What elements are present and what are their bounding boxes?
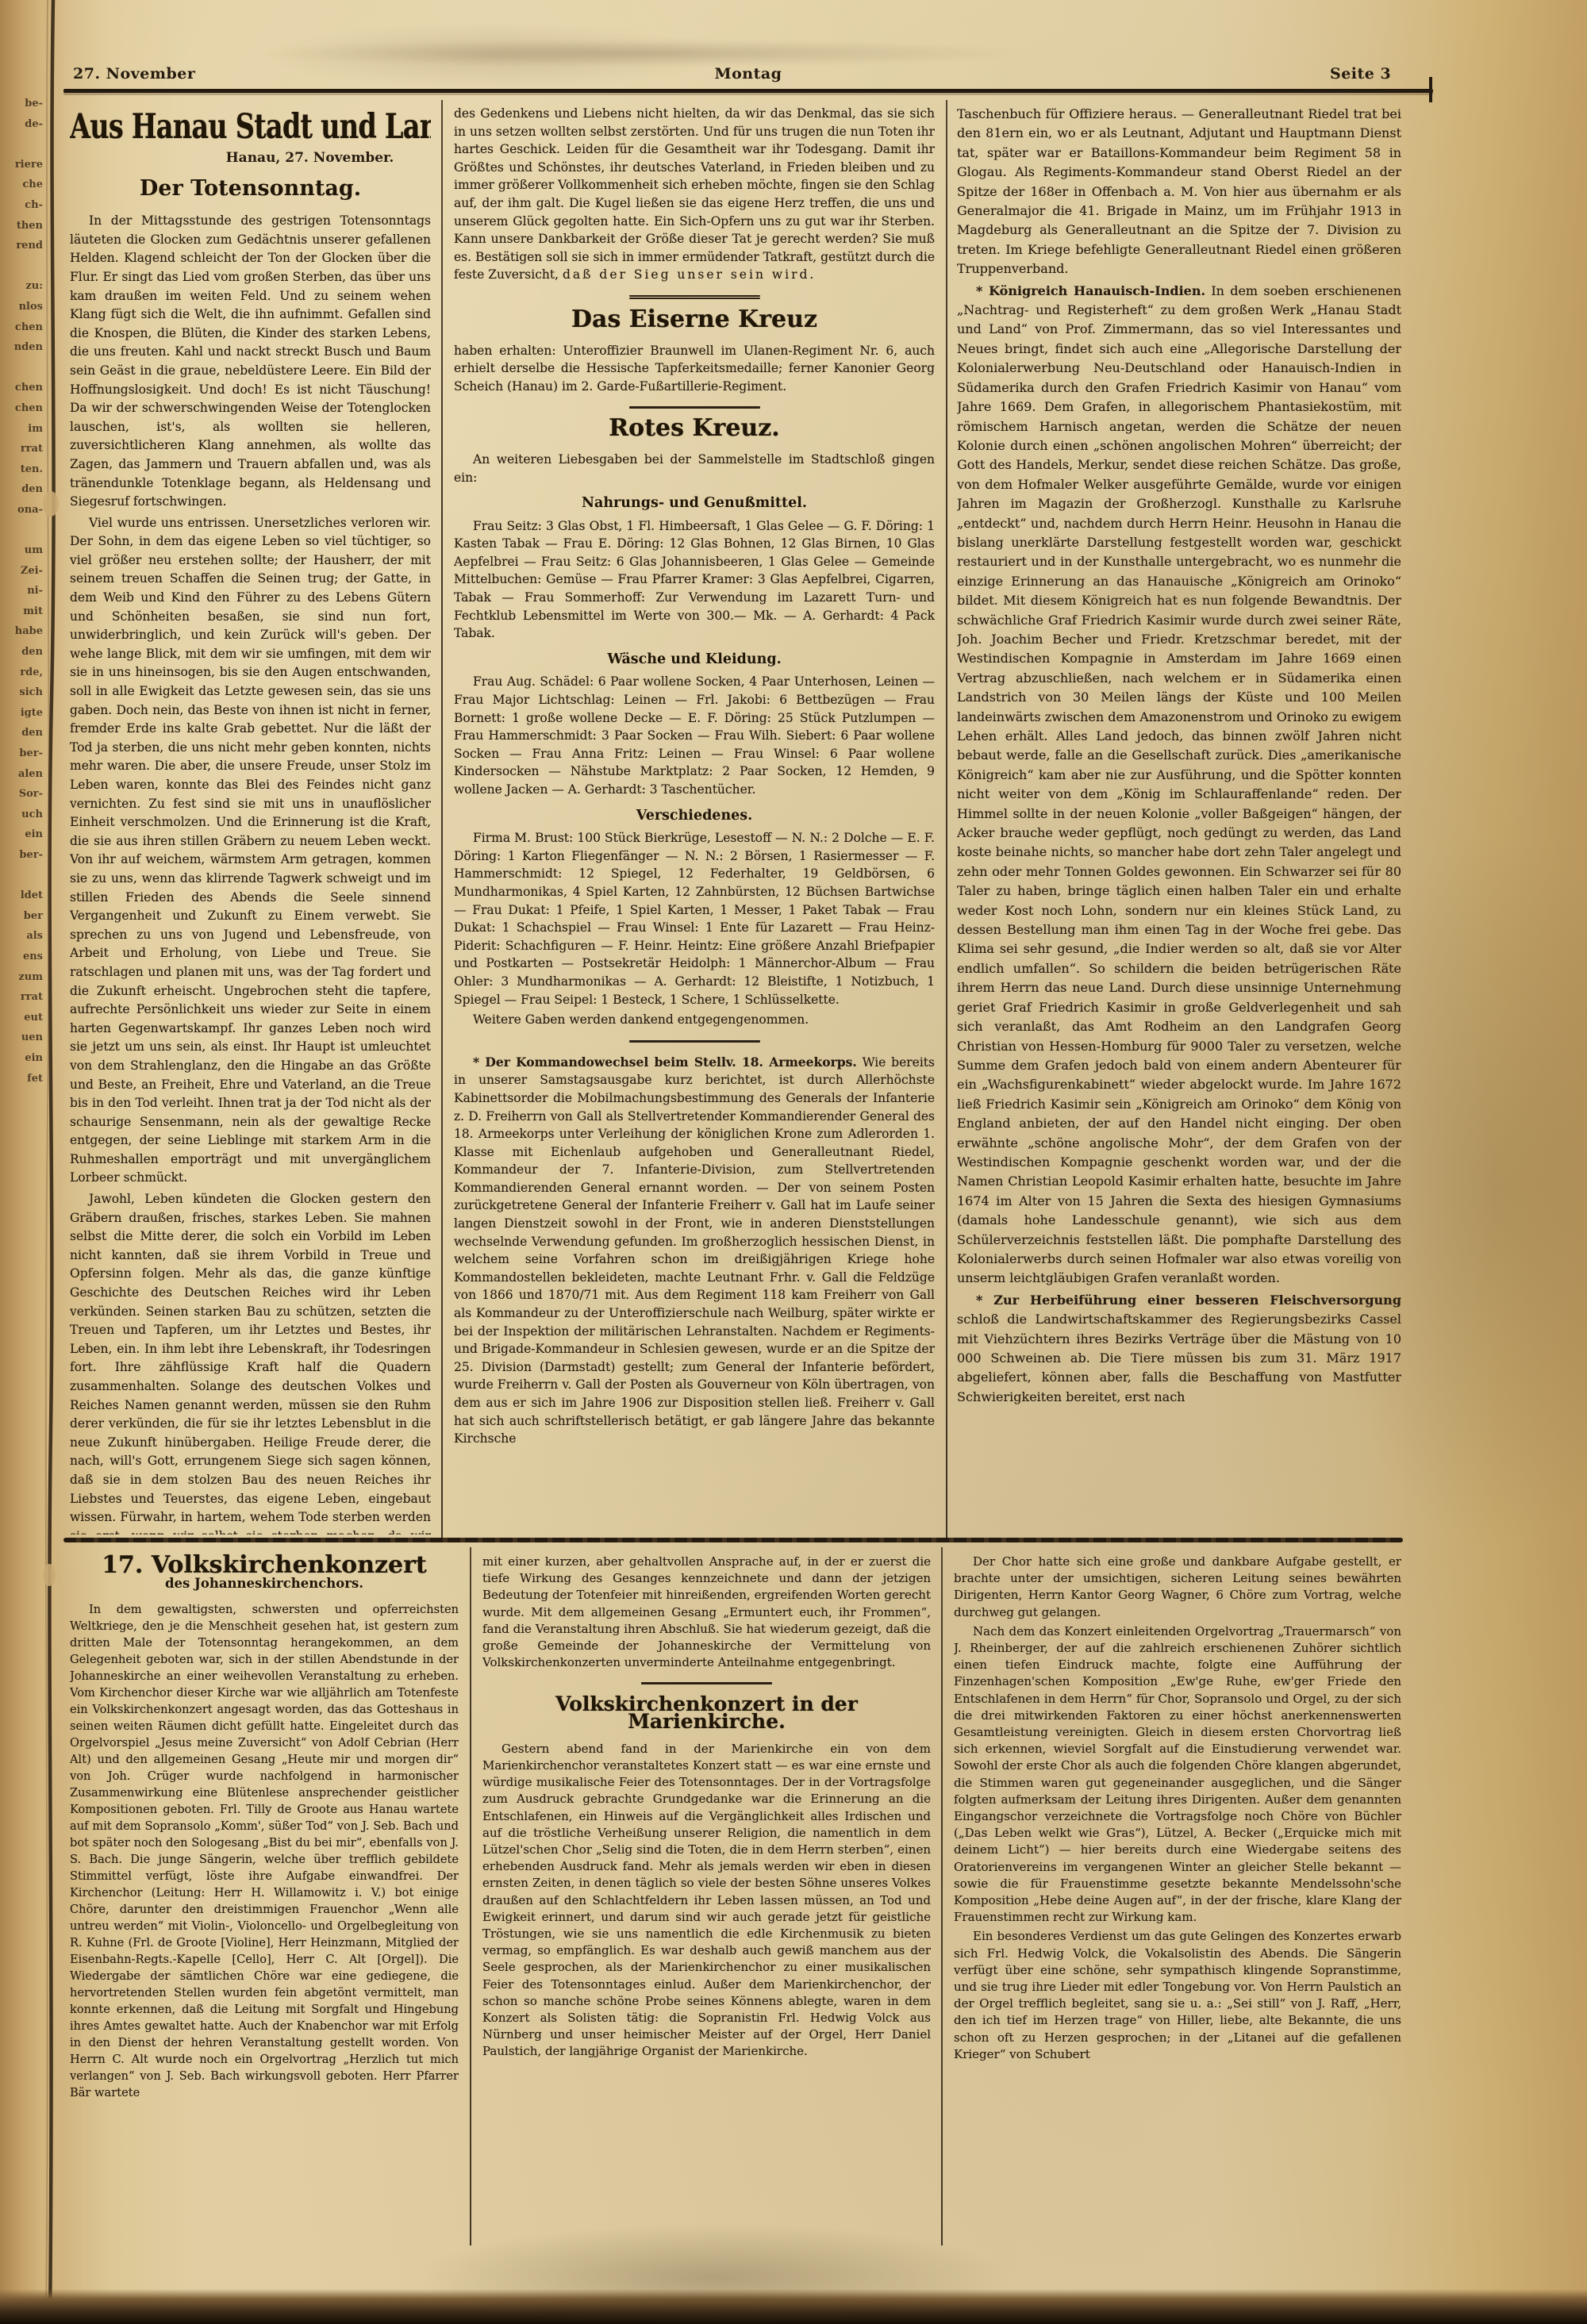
page-gutter: be- de- riere che ch- then rend zu: nlos… — [0, 0, 68, 2324]
adjacent-page-text-fragments: be- de- riere che ch- then rend zu: nlos… — [0, 94, 43, 1089]
bottom-column-1: 17. Volkskirchenkonzert des Johanneskirc… — [70, 1554, 459, 2241]
column-rule — [470, 1547, 471, 2245]
dateline: Hanau, 27. November. — [70, 149, 431, 168]
article-paragraph: Ein besonderes Verdienst um das gute Gel… — [954, 1928, 1401, 2063]
article-divider-rule — [629, 295, 760, 297]
paragraph-text: Wie bereits in unserer Samstagsausgabe k… — [454, 1055, 935, 1446]
article-paragraph: An weiteren Liebesgaben bei der Sammelst… — [454, 451, 935, 486]
top-column-1: Aus Hanau Stadt und Land. Hanau, 27. Nov… — [70, 102, 431, 1535]
ink-smudge — [254, 40, 1032, 67]
section-headline: Aus Hanau Stadt und Land. — [70, 106, 431, 148]
article-headline-marienkirche: Volkskirchenkonzert in der Marienkirche. — [482, 1696, 931, 1729]
top-column-2: des Gedenkens und Liebens nicht hielten,… — [454, 105, 935, 1535]
paragraph-text: schloß die Landwirtschaftskammer des Reg… — [957, 1312, 1401, 1404]
header-rule-end-mark — [1429, 77, 1432, 102]
article-paragraph: * Königreich Hanauisch-Indien. In dem so… — [957, 282, 1401, 1289]
article-paragraph-continuation: Taschenbuch für Offiziere heraus. — Gene… — [957, 105, 1401, 279]
article-paragraph-continuation: mit einer kurzen, aber gehaltvollen Ansp… — [482, 1554, 931, 1671]
article-paragraph: Viel wurde uns entrissen. Unersetzliches… — [70, 514, 431, 1188]
header-page-number: Seite 3 — [1330, 65, 1391, 83]
column-rule — [941, 1547, 943, 2245]
fold-knot — [43, 1564, 56, 1586]
article-headline-eisernes-kreuz: Das Eiserne Kreuz — [454, 311, 935, 329]
top-column-3: Taschenbuch für Offiziere heraus. — Gene… — [957, 105, 1401, 1535]
article-headline-totensonntag: Der Totensonntag. — [70, 179, 431, 198]
article-paragraph: Gestern abend fand in der Marienkirche e… — [482, 1741, 931, 2061]
article-divider-rule — [629, 406, 760, 409]
column-rule — [441, 100, 443, 1538]
list-subheading: Wäsche und Kleidung. — [454, 651, 935, 669]
article-paragraph: * Zur Herbeiführung einer besseren Fleis… — [957, 1291, 1401, 1407]
article-paragraph: * Der Kommandowechsel beim Stellv. 18. A… — [454, 1054, 935, 1448]
fold-knot — [43, 491, 59, 517]
article-headline-rotes-kreuz: Rotes Kreuz. — [454, 420, 935, 438]
article-paragraph: haben erhalten: Unteroffizier Braunwell … — [454, 342, 935, 396]
article-paragraph-continuation: des Gedenkens und Liebens nicht hielten,… — [454, 105, 935, 284]
closing-note: Weitere Gaben werden dankend entgegengen… — [454, 1011, 935, 1029]
article-paragraph: Nach dem das Konzert einleitenden Orgelv… — [954, 1623, 1401, 1926]
article-lead-in: * Königreich Hanauisch-Indien. — [976, 283, 1205, 298]
article-headline-volkskirchenkonzert: 17. Volkskirchenkonzert — [70, 1557, 459, 1573]
paragraph-text: In dem soeben erschienenen „Nachtrag- un… — [957, 283, 1401, 1286]
bottom-column-3: Der Chor hatte sich eine große und dankb… — [954, 1554, 1401, 2241]
scan-bottom-edge — [0, 2289, 1587, 2324]
emphasized-text: daß der Sieg unser sein wird. — [563, 267, 816, 282]
header-rule — [63, 89, 1433, 93]
article-lead-in: * Zur Herbeiführung einer besseren Fleis… — [976, 1293, 1401, 1308]
article-divider-rule — [641, 1682, 772, 1684]
article-paragraph: Jawohl, Leben kündeten die Glocken geste… — [70, 1190, 431, 1535]
list-subheading: Verschiedenes. — [454, 807, 935, 825]
article-divider-rule — [629, 1040, 760, 1043]
article-paragraph: Der Chor hatte sich eine große und dankb… — [954, 1554, 1401, 1621]
paragraph-text: des Gedenkens und Liebens nicht hielten,… — [454, 106, 935, 282]
article-lead-in: * Der Kommandowechsel beim Stellv. 18. A… — [473, 1054, 857, 1070]
article-paragraph: In dem gewaltigsten, schwersten und opfe… — [70, 1601, 459, 2101]
section-divider-rule — [63, 1538, 1403, 1542]
donation-list: Frau Aug. Schädel: 6 Paar wollene Socken… — [454, 673, 935, 798]
bottom-column-2: mit einer kurzen, aber gehaltvollen Ansp… — [482, 1554, 931, 2241]
newspaper-page-scan: be- de- riere che ch- then rend zu: nlos… — [0, 0, 1587, 2324]
header-day: Montag — [0, 65, 1497, 83]
article-paragraph: In der Mittagsstunde des gestrigen Toten… — [70, 212, 431, 512]
donation-list: Frau Seitz: 3 Glas Obst, 1 Fl. Himbeersa… — [454, 517, 935, 643]
list-subheading: Nahrungs- und Genußmittel. — [454, 494, 935, 513]
donation-list: Firma M. Brust: 100 Stück Bierkrüge, Les… — [454, 829, 935, 1008]
column-rule — [946, 100, 947, 1538]
